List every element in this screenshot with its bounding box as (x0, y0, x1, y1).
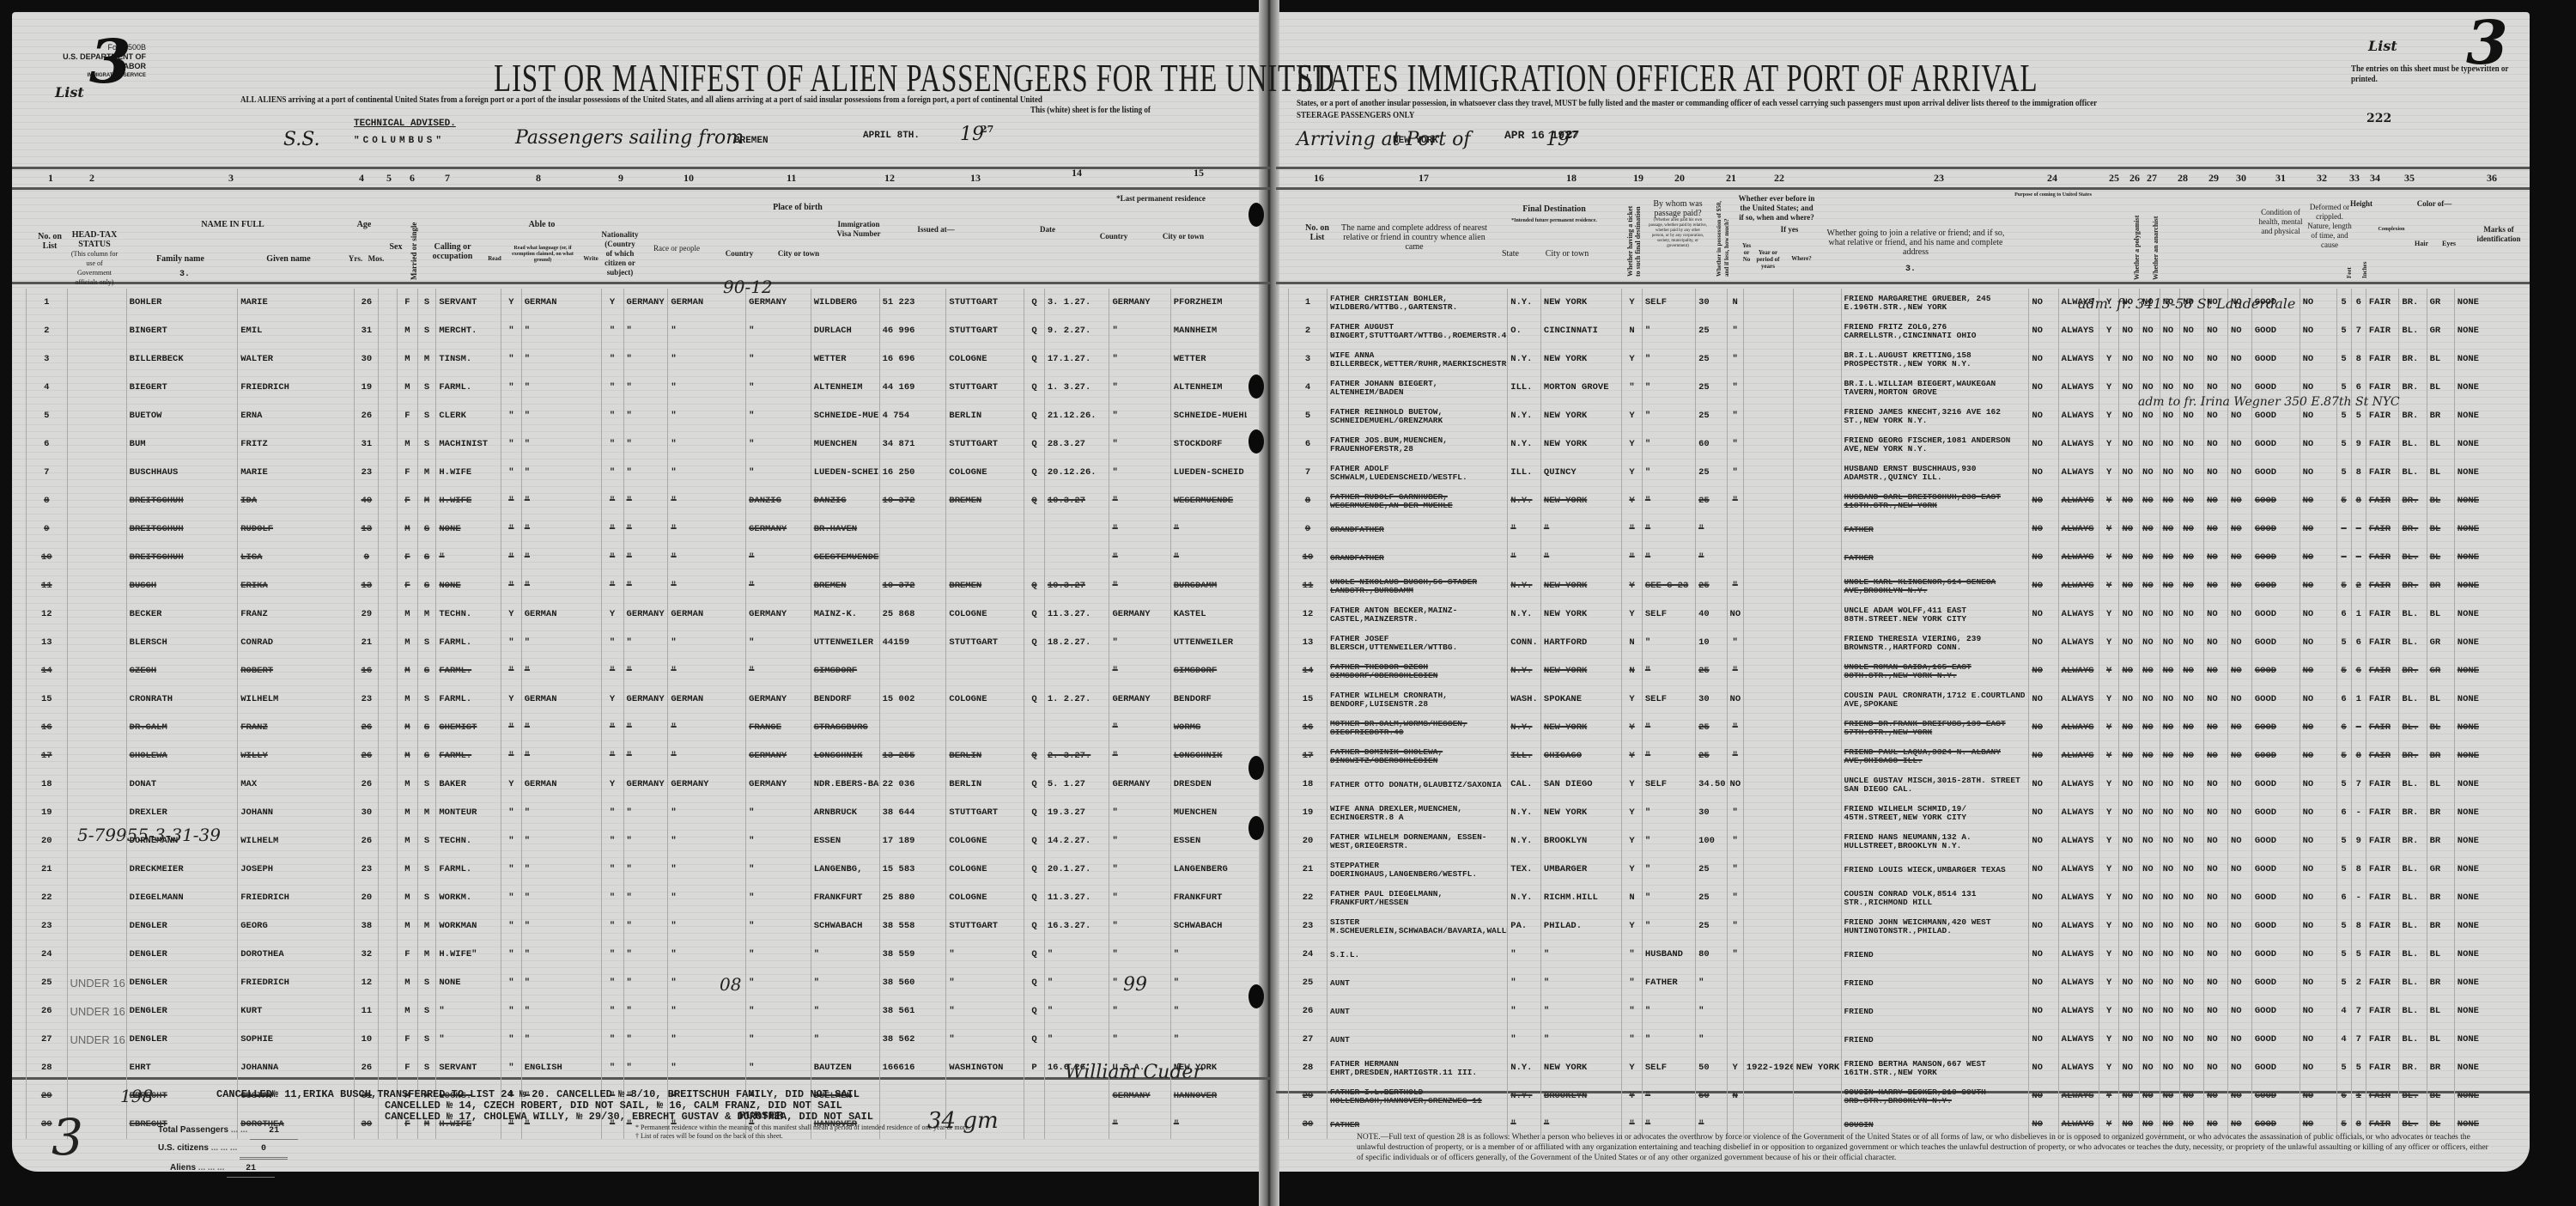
cell-no: 22 (27, 884, 68, 912)
header-sex: Sex (383, 242, 409, 252)
cell-ft: 5 (2336, 657, 2351, 685)
header-relative-address: The name and complete address of nearest… (1341, 223, 1487, 252)
cell-p28: NO (2180, 317, 2204, 345)
cell-paid: " (1642, 714, 1695, 742)
cell-q: Q (1024, 912, 1045, 941)
cell-family: BREITSCHUH (126, 515, 238, 544)
col-num-5: 5 (386, 172, 392, 185)
cell-q: Q (1024, 997, 1045, 1026)
cell-sex: F (398, 1054, 418, 1082)
cell-nat: " (623, 969, 668, 997)
col-num-22: 22 (1774, 172, 1784, 185)
cell-join: FRIEND (1841, 969, 2029, 997)
cell-write: " (601, 345, 623, 374)
cell-p28: NO (2180, 1026, 2204, 1054)
cell-byear (1743, 799, 1793, 827)
cell-age: 38 (355, 912, 379, 941)
cell-tax (67, 345, 126, 374)
cell-p29: NO (2204, 1026, 2228, 1054)
cell-paid: " (1642, 884, 1695, 912)
cell-deformed: NO (2300, 997, 2336, 1026)
cell-paid: SEE C 23 (1642, 572, 1695, 600)
cell-bcountry: GERMANY (746, 685, 811, 714)
cell-dstate: N.Y. (1508, 487, 1541, 515)
cell-write: " (601, 742, 623, 770)
cell-rcity: " (1170, 969, 1247, 997)
handwritten-certificate-number: 5-79955-3-31-39 (77, 825, 221, 845)
cell-given: JOHANN (238, 799, 355, 827)
cell-bwhere (1793, 969, 1841, 997)
rule-header-bottom-right (1276, 282, 2530, 284)
cell-write: Y (601, 685, 623, 714)
cell-q: Q (1024, 941, 1045, 969)
cell-nat: " (623, 657, 668, 685)
cell-p27: NO (2160, 459, 2180, 487)
cell-citizen: Y (2099, 374, 2119, 402)
cell-visa: 34 871 (879, 430, 946, 459)
cell-bcity: BENDORF (811, 685, 879, 714)
cell-visa: 16 250 (879, 459, 946, 487)
cell-length: ALWAYS (2058, 1082, 2099, 1111)
cell-rcountry: GERMANY (1109, 685, 1170, 714)
cell-occ: FARML. (436, 742, 501, 770)
cell-write: " (601, 969, 623, 997)
cell-citizen: Y (2099, 969, 2119, 997)
cell-mo (379, 941, 398, 969)
cell-dcity: NEW YORK (1540, 799, 1621, 827)
cell-age: 13 (355, 515, 379, 544)
cell-rcity: DRESDEN (1170, 770, 1247, 799)
cell-race: " (668, 402, 746, 430)
passenger-row: 5BUETOWERNA26FSCLERK""""""SCHNEIDE-MUEHL… (27, 402, 1248, 430)
cell-tax (67, 374, 126, 402)
cell-issued: COLOGNE (946, 685, 1024, 714)
cell-bcity: GEESTEMUENDE (811, 544, 879, 572)
cell-p29: NO (2204, 600, 2228, 629)
cell-relative: FATHER ADOLF SCHWALM,LUEDENSCHEID/WESTFL… (1327, 459, 1508, 487)
cell-read: " (501, 969, 521, 997)
cell-ms: S (417, 544, 436, 572)
cell-p28: NO (2180, 827, 2204, 856)
cell-read: " (501, 374, 521, 402)
cell-ticket: Y (1622, 685, 1643, 714)
cell-hair: BR. (2399, 345, 2427, 374)
cell-p26: NO (2140, 941, 2160, 969)
passenger-row: 21DRECKMEIERJOSEPH23MSFARML.""""""LANGEN… (27, 856, 1248, 884)
cell-lang: " (521, 515, 601, 544)
cell-tax (67, 657, 126, 685)
cell-money: 50 (1696, 1082, 1727, 1111)
cell-tax (67, 402, 126, 430)
cell-join: COUSIN HARRY BECKER,218 SOUTH 3RD.STR.,B… (1841, 1082, 2029, 1111)
cell-nat: " (623, 714, 668, 742)
cell-ft: 5 (2336, 572, 2351, 600)
cell-hair: BL. (2399, 685, 2427, 714)
cell-p29: NO (2204, 770, 2228, 799)
cell-in: 6 (2351, 657, 2366, 685)
cell-dcity: MORTON GROVE (1540, 374, 1621, 402)
binding-hole (1249, 203, 1264, 227)
cell-sex: M (398, 912, 418, 941)
cell-no: 1 (27, 289, 68, 317)
cell-hair: BR. (2399, 289, 2427, 317)
cell-ticket: Y (1622, 345, 1643, 374)
cell-bwhere (1793, 572, 1841, 600)
cell-read: " (501, 657, 521, 685)
cell-money: " (1696, 1026, 1727, 1054)
cell-p29: NO (2204, 941, 2228, 969)
intro-text-left: ALL ALIENS arriving at a port of contine… (240, 94, 1042, 105)
cell-money: 34.50 (1696, 770, 1727, 799)
cell-p26: NO (2140, 1054, 2160, 1082)
cell-p26: NO (2140, 799, 2160, 827)
passenger-row: 18FATHER OTTO DONATH,GLAUBITZ/SAXONIACAL… (1289, 770, 2525, 799)
cell-visa (879, 515, 946, 544)
cell-ticket: N (1622, 657, 1643, 685)
cell-no: 16 (1289, 714, 1327, 742)
cell-q: Q (1024, 487, 1045, 515)
cell-stay: NO (2029, 430, 2058, 459)
cell-no: 18 (1289, 770, 1327, 799)
cell-p29: NO (2204, 345, 2228, 374)
cell-sex: M (398, 969, 418, 997)
cell-no: 29 (1289, 1082, 1327, 1111)
cell-q: Q (1024, 317, 1045, 345)
cell-visa: 4 754 (879, 402, 946, 430)
cell-race: GERMAN (668, 600, 746, 629)
cell-stay: NO (2029, 572, 2058, 600)
cell-citizen: Y (2099, 629, 2119, 657)
cell-age: 26 (355, 827, 379, 856)
header-if-yes: If yes (1757, 225, 1822, 234)
cell-occ: BAKER (436, 770, 501, 799)
cell-p27: NO (2160, 941, 2180, 969)
cell-in: 6 (2351, 289, 2366, 317)
cell-dstate: N.Y. (1508, 402, 1541, 430)
cell-read: " (501, 912, 521, 941)
cell-before: N (1727, 1082, 1743, 1111)
cell-dstate: N.Y. (1508, 714, 1541, 742)
cell-join: FRIEND BERTHA MANSON,667 WEST 161TH.STR.… (1841, 1054, 2029, 1082)
binding-hole (1249, 375, 1264, 399)
cell-before: " (1727, 856, 1743, 884)
cell-q: Q (1024, 969, 1045, 997)
cell-relative: MOTHER DR.CALM,WORMS/HESSEN, SIEGFRIEDST… (1327, 714, 1508, 742)
cell-before: " (1727, 657, 1743, 685)
cell-join: BR.I.L.AUGUST KRETTING,158 PROSPECTSTR.,… (1841, 345, 2029, 374)
cell-complexion: FAIR (2366, 345, 2399, 374)
cell-relative: WIFE ANNA DREXLER,MUENCHEN, ECHINGERSTR.… (1327, 799, 1508, 827)
cell-ms: S (417, 374, 436, 402)
cell-hair: BR. (2399, 374, 2427, 402)
cell-complexion: FAIR (2366, 600, 2399, 629)
cell-money: 80 (1696, 941, 1727, 969)
cell-in: - (2351, 515, 2366, 544)
cell-nat: " (623, 374, 668, 402)
cell-p28: NO (2180, 742, 2204, 770)
cell-join: HUSBAND CARL BREITSCHUH,238 EAST 118TH.S… (1841, 487, 2029, 515)
cell-relative: FATHER WILHELM DORNEMANN, ESSEN-WEST,GRI… (1327, 827, 1508, 856)
cell-rcity: ALTENHEIM (1170, 374, 1247, 402)
cell-lang: " (521, 742, 601, 770)
col-num-2: 2 (89, 172, 94, 185)
cell-citizen: Y (2099, 714, 2119, 742)
cell-hair: BL. (2399, 969, 2427, 997)
cell-write: " (601, 317, 623, 345)
cell-visa: 166616 (879, 1054, 946, 1082)
cell-tax (67, 572, 126, 600)
cell-stay: NO (2029, 685, 2058, 714)
cell-marks: NONE (2454, 544, 2524, 572)
cell-dcity: HARTFORD (1540, 629, 1621, 657)
cell-stay: NO (2029, 345, 2058, 374)
cell-visa (879, 1082, 946, 1111)
cell-p27: NO (2160, 345, 2180, 374)
cell-in: 7 (2351, 317, 2366, 345)
cell-dstate: " (1508, 1026, 1541, 1054)
cell-occ: SERVANT (436, 289, 501, 317)
cell-dstate: " (1508, 544, 1541, 572)
cell-join: BR.I.L.WILLIAM BIEGERT,WAUKEGAN TAVERN,M… (1841, 374, 2029, 402)
cell-family: BUETOW (126, 402, 238, 430)
cell-family: BIEGERT (126, 374, 238, 402)
cell-length: ALWAYS (2058, 544, 2099, 572)
cell-lang: " (521, 317, 601, 345)
cell-p25: NO (2119, 657, 2140, 685)
cell-read: " (501, 544, 521, 572)
cell-ticket: " (1622, 515, 1643, 544)
cell-issued: STUTTGART (946, 912, 1024, 941)
cell-stay: NO (2029, 459, 2058, 487)
cell-age: 13 (355, 572, 379, 600)
cell-marks: NONE (2454, 1054, 2524, 1082)
cell-bcity: MAINZ-K. (811, 600, 879, 629)
cell-in: 9 (2351, 827, 2366, 856)
binding-hole (1249, 756, 1264, 780)
cell-rcity: SCHNEIDE-MUEHL (1170, 402, 1247, 430)
cell-complexion: FAIR (2366, 629, 2399, 657)
cell-race: " (668, 430, 746, 459)
handwritten-margin-3: 3 (52, 1108, 83, 1166)
cell-rcountry: " (1109, 856, 1170, 884)
cell-complexion: FAIR (2366, 572, 2399, 600)
cell-relative: AUNT (1327, 1026, 1508, 1054)
cell-ticket: " (1622, 1026, 1643, 1054)
cell-nat: GERMANY (623, 289, 668, 317)
cell-bwhere (1793, 742, 1841, 770)
cell-given: KURT (238, 997, 355, 1026)
cell-citizen: Y (2099, 317, 2119, 345)
cell-p25: NO (2119, 317, 2140, 345)
cell-p26: NO (2140, 629, 2160, 657)
cell-date: 5. 1.27 (1044, 770, 1109, 799)
cell-date: 11.3.27. (1044, 884, 1109, 912)
cell-ms: S (417, 572, 436, 600)
cell-complexion: FAIR (2366, 459, 2399, 487)
cell-stay: NO (2029, 289, 2058, 317)
cell-p30: NO (2227, 515, 2251, 544)
cell-lang: " (521, 856, 601, 884)
cell-sex: F (398, 1026, 418, 1054)
cell-byear (1743, 317, 1793, 345)
cell-complexion: FAIR (2366, 317, 2399, 345)
manifest-table-left: 1BOHLERMARIE26FSSERVANTYGERMANYGERMANYGE… (26, 289, 1247, 1139)
cell-ft: 5 (2336, 317, 2351, 345)
cell-ticket: Y (1622, 912, 1643, 941)
cell-family: DENGLER (126, 912, 238, 941)
cell-p28: NO (2180, 515, 2204, 544)
cell-dcity: NEW YORK (1540, 430, 1621, 459)
manifest-table-right: 1FATHER CHRISTIAN BOHLER, WILDBERG/WTTBG… (1288, 289, 2524, 1139)
ss-label: S.S. (283, 129, 320, 150)
passenger-row: 10BREITSCHUHLISA9FS"""""""GEESTEMUENDE"" (27, 544, 1248, 572)
cell-nat: " (623, 1026, 668, 1054)
cell-ms: S (417, 770, 436, 799)
cell-stay: NO (2029, 600, 2058, 629)
cell-hair: BR. (2399, 1054, 2427, 1082)
cell-q: Q (1024, 572, 1045, 600)
cell-byear (1743, 600, 1793, 629)
cell-given: WILHELM (238, 827, 355, 856)
cell-mo (379, 544, 398, 572)
cell-relative: AUNT (1327, 969, 1508, 997)
cell-nat: " (623, 515, 668, 544)
cell-no: 2 (27, 317, 68, 345)
cell-paid: " (1642, 997, 1695, 1026)
cell-no: 3 (1289, 345, 1327, 374)
cell-occ: H.WIFE (436, 487, 501, 515)
cell-no: 13 (1289, 629, 1327, 657)
cell-marks: NONE (2454, 515, 2524, 544)
cell-rcity: MUENCHEN (1170, 799, 1247, 827)
cell-length: ALWAYS (2058, 969, 2099, 997)
cell-rcity: ESSEN (1170, 827, 1247, 856)
cell-money: 25 (1696, 856, 1727, 884)
cell-q: P (1024, 1054, 1045, 1082)
cell-health: GOOD (2251, 827, 2300, 856)
cell-citizen: Y (2099, 685, 2119, 714)
cell-p28: NO (2180, 459, 2204, 487)
rule-colnum-left (12, 187, 1271, 190)
cell-family: BLERSCH (126, 629, 238, 657)
cell-age: 31 (355, 430, 379, 459)
cell-p30: NO (2227, 884, 2251, 912)
cell-mo (379, 657, 398, 685)
cell-read: " (501, 799, 521, 827)
cell-health: GOOD (2251, 572, 2300, 600)
header-list-ref-right: 3. (1898, 265, 1923, 274)
cell-stay: NO (2029, 317, 2058, 345)
cell-citizen: Y (2099, 912, 2119, 941)
passenger-row: 28FATHER HERMANN EHRT,DRESDEN,HARTIGSTR.… (1289, 1054, 2525, 1082)
cell-dstate: N.Y. (1508, 572, 1541, 600)
cell-visa: 38 644 (879, 799, 946, 827)
cell-p29: NO (2204, 997, 2228, 1026)
ship-name: "COLUMBUS" (354, 136, 445, 146)
cell-occ: TECHN. (436, 600, 501, 629)
cell-given: LISA (238, 544, 355, 572)
passenger-row: 27AUNT"""""FRIENDNOALWAYSYNONONONONONOGO… (1289, 1026, 2525, 1054)
cell-mo (379, 345, 398, 374)
cell-bwhere (1793, 317, 1841, 345)
header-paid-by-label: By whom was passage paid? (1649, 199, 1707, 218)
cell-join: UNCLE KARL KLINGENOR,614 SENECA AVE,BROO… (1841, 572, 2029, 600)
cell-dstate: N.Y. (1508, 289, 1541, 317)
cell-visa: 13 255 (879, 742, 946, 770)
cell-length: ALWAYS (2058, 714, 2099, 742)
cell-p25: NO (2119, 629, 2140, 657)
cell-relative: FATHER THEODOR CZECH SIMSDORF/OBERSCHLES… (1327, 657, 1508, 685)
cell-marks: NONE (2454, 289, 2524, 317)
cell-write: " (601, 997, 623, 1026)
header-joining: Whether going to join a relative or frie… (1826, 228, 2006, 257)
cell-q (1024, 714, 1045, 742)
cell-age: 20 (355, 884, 379, 912)
header-final-destination: Final Destination (1494, 204, 1614, 214)
cell-hair: BL. (2399, 941, 2427, 969)
cell-marks: NONE (2454, 884, 2524, 912)
passenger-row: 8FATHER RUDOLF GARNHUBER, WESERMUENDE,AN… (1289, 487, 2525, 515)
cell-bwhere (1793, 941, 1841, 969)
cell-dstate: N.Y. (1508, 799, 1541, 827)
cell-no: 27 (27, 1026, 68, 1054)
passenger-row: 22FATHER PAUL DIEGELMANN, FRANKFURT/HESS… (1289, 884, 2525, 912)
cell-paid: " (1642, 657, 1695, 685)
cell-ticket: Y (1622, 1054, 1643, 1082)
cell-mo (379, 289, 398, 317)
cell-ft: 5 (2336, 770, 2351, 799)
header-money: Whether in possession of $50, and if les… (1716, 199, 1731, 277)
steerage-label: STEERAGE PASSENGERS ONLY (1297, 110, 1414, 120)
cell-read: " (501, 742, 521, 770)
cell-q: Q (1024, 374, 1045, 402)
cell-tax (67, 600, 126, 629)
cell-dcity: NEW YORK (1540, 1054, 1621, 1082)
cell-p30: NO (2227, 742, 2251, 770)
cell-p29: NO (2204, 969, 2228, 997)
cell-date: 2. 3.27. (1044, 742, 1109, 770)
cell-sex: M (398, 430, 418, 459)
cell-p30: NO (2227, 1082, 2251, 1111)
cell-read: " (501, 827, 521, 856)
cell-byear (1743, 402, 1793, 430)
cell-p25: NO (2119, 459, 2140, 487)
cell-in: 8 (2351, 912, 2366, 941)
cell-write: " (601, 714, 623, 742)
cell-dstate: TEX. (1508, 856, 1541, 884)
col-num-9: 9 (618, 172, 623, 185)
cell-relative: WIFE ANNA BILLERBECK,WETTER/RUHR,MAERKIS… (1327, 345, 1508, 374)
cell-ft: 5 (2336, 742, 2351, 770)
cell-ms: S (417, 629, 436, 657)
cell-rcountry: " (1109, 459, 1170, 487)
cell-relative: FATHER HERMANN EHRT,DRESDEN,HARTIGSTR.11… (1327, 1054, 1508, 1082)
cell-race: " (668, 459, 746, 487)
passenger-row: 24DENGLERDOROTHEA32FMH.WIFE""""""""38 55… (27, 941, 1248, 969)
cell-ft: 5 (2336, 430, 2351, 459)
header-paid-by-note: (Whether alien paid his own passage, whe… (1649, 218, 1707, 249)
cell-ft: 5 (2336, 856, 2351, 884)
cell-citizen: Y (2099, 827, 2119, 856)
cell-paid: SELF (1642, 1054, 1695, 1082)
cell-dstate: " (1508, 969, 1541, 997)
cell-family: DRECKMEIER (126, 856, 238, 884)
cell-bcountry: " (746, 969, 811, 997)
cell-no: 15 (27, 685, 68, 714)
cell-rcountry: " (1109, 629, 1170, 657)
cell-bwhere (1793, 544, 1841, 572)
cell-length: ALWAYS (2058, 487, 2099, 515)
